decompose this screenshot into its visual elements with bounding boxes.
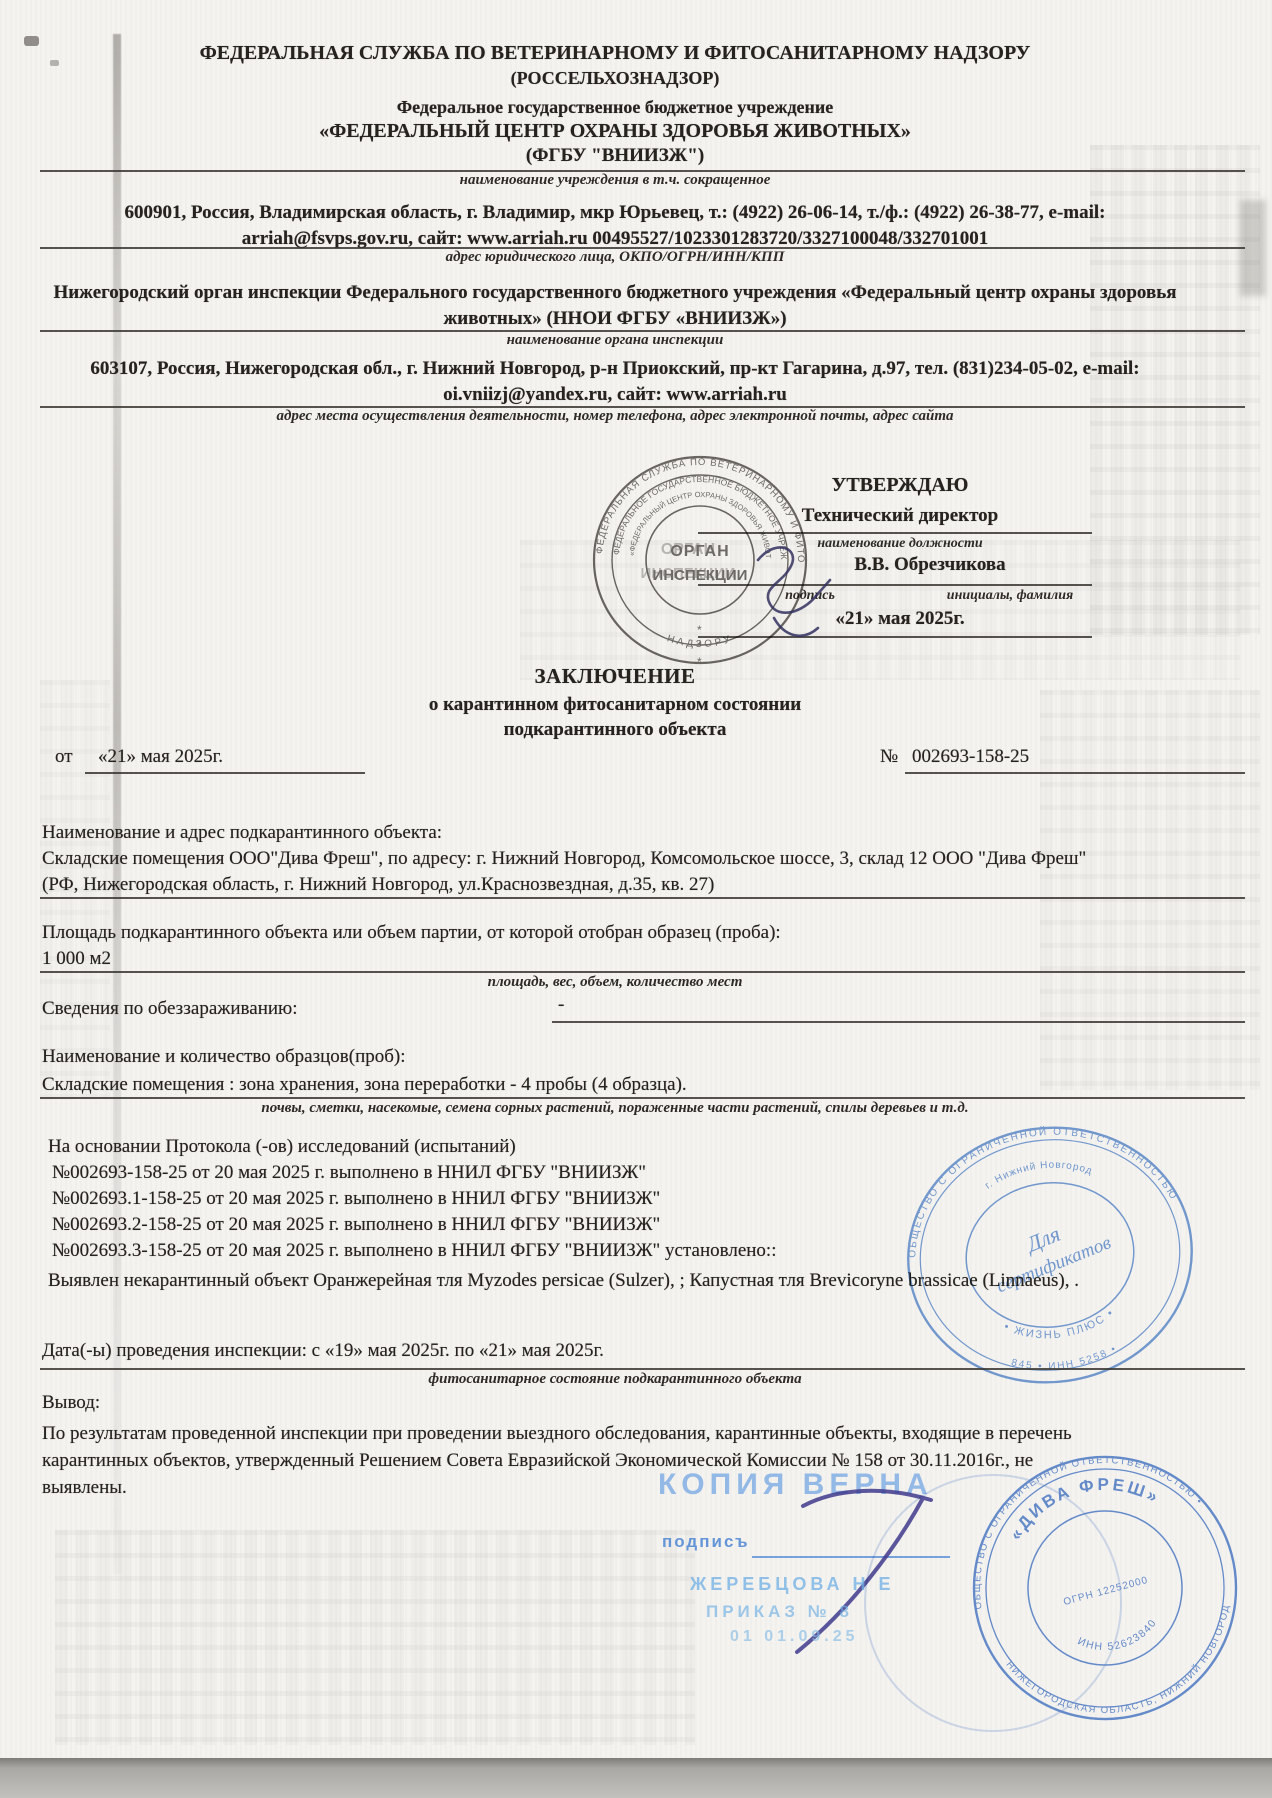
- rule-samples: [40, 1097, 1245, 1099]
- copy-order: ПРИКАЗ № 8: [706, 1602, 853, 1622]
- caption-institution: наименование учреждения в т.ч. сокращенн…: [40, 172, 1190, 189]
- caption-legal-address: адрес юридического лица, ОКПО/ОГРН/ИНН/К…: [40, 249, 1190, 266]
- caption-name: инициалы, фамилия: [920, 588, 1100, 604]
- scanned-document: ФЕДЕРАЛЬНАЯ СЛУЖБА ПО ВЕТЕРИНАРНОМУ И ФИ…: [0, 0, 1272, 1798]
- approver-signature: [740, 520, 880, 670]
- inspection-body: Нижегородский орган инспекции Федерально…: [40, 280, 1190, 332]
- activity-address: 603107, Россия, Нижегородская обл., г. Н…: [40, 356, 1190, 408]
- copy-signature-label: подписъ: [662, 1532, 750, 1552]
- header-service-short: (РОССЕЛЬХОЗНАДЗОР): [40, 68, 1190, 89]
- svg-text:ИНСПЕКЦИИ: ИНСПЕКЦИИ: [653, 567, 748, 584]
- scan-bottom-edge: [0, 1758, 1272, 1798]
- rule-disinfection: [552, 1021, 1245, 1023]
- legal-address: 600901, Россия, Владимирская область, г.…: [40, 200, 1190, 252]
- scan-noise: [55, 1530, 695, 1745]
- caption-inspection-body: наименование органа инспекции: [40, 332, 1190, 349]
- header-institution-name: «ФЕДЕРАЛЬНЫЙ ЦЕНТР ОХРАНЫ ЗДОРОВЬЯ ЖИВОТ…: [40, 120, 1190, 143]
- svg-text:НИЖЕГОРОДСКАЯ ОБЛАСТЬ, НИЖНИЙ: НИЖЕГОРОДСКАЯ ОБЛАСТЬ, НИЖНИЙ НОВГОРОД: [1002, 1601, 1252, 1743]
- doc-number: 002693-158-25: [912, 746, 1029, 768]
- disinfection-label: Сведения по обеззараживанию:: [42, 998, 298, 1020]
- protocol-line: №002693.3-158-25 от 20 мая 2025 г. выпол…: [52, 1240, 777, 1262]
- object-label: Наименование и адрес подкарантинного объ…: [42, 822, 442, 844]
- samples-label: Наименование и количество образцов(проб)…: [42, 1046, 406, 1068]
- area-label: Площадь подкарантинного объекта или объе…: [42, 922, 781, 944]
- conclusion-label: Вывод:: [42, 1392, 100, 1414]
- scan-speck: [24, 36, 39, 46]
- inspection-dates: Дата(-ы) проведения инспекции: с «19» ма…: [42, 1340, 604, 1362]
- doc-date: «21» мая 2025г.: [98, 746, 223, 768]
- header-institution-type: Федеральное государственное бюджетное уч…: [40, 97, 1190, 118]
- copy-certifier-name: ЖЕРЕБЦОВА Н Е: [690, 1574, 894, 1595]
- svg-text:ИНН 52623840: ИНН 52623840: [1073, 1615, 1163, 1662]
- certification-round-stamp: ОБЩЕСТВО С ОГРАНИЧЕННОЙ ОТВЕТСТВЕННОСТЬЮ…: [895, 1115, 1205, 1395]
- protocols-intro: На основании Протокола (-ов) исследовани…: [48, 1136, 516, 1158]
- caption-area: площадь, вес, объем, количество мест: [40, 974, 1190, 991]
- rule-doc-date: [85, 772, 365, 774]
- rule-area: [40, 971, 1245, 973]
- header-institution-short: (ФГБУ "ВНИИЗЖ"): [40, 145, 1190, 167]
- object-value: Складские помещения ООО"Дива Фреш", по а…: [42, 846, 1117, 898]
- doc-subtitle-2: подкарантинного объекта: [40, 719, 1190, 741]
- rule-doc-number: [905, 772, 1245, 774]
- samples-value: Складские помещения : зона хранения, зон…: [42, 1074, 687, 1096]
- rule-object: [40, 897, 1245, 899]
- svg-text:ОГРН 12252000: ОГРН 12252000: [1062, 1575, 1149, 1608]
- svg-text:*: *: [697, 623, 702, 637]
- caption-inspection: фитосанитарное состояние подкарантинного…: [40, 1371, 1190, 1388]
- doc-title: ЗАКЛЮЧЕНИЕ: [40, 664, 1190, 689]
- protocol-line: №002693.1-158-25 от 20 мая 2025 г. выпол…: [52, 1188, 660, 1210]
- doc-number-label: №: [880, 746, 898, 768]
- doc-date-label: от: [55, 746, 73, 768]
- svg-text:ОБЩЕСТВО С ОГРАНИЧЕННОЙ ОТВЕТС: ОБЩЕСТВО С ОГРАНИЧЕННОЙ ОТВЕТСТВЕННОСТЬЮ…: [942, 1428, 1217, 1612]
- rule-inspection: [40, 1368, 1245, 1370]
- diva-fresh-round-stamp: ОБЩЕСТВО С ОГРАНИЧЕННОЙ ОТВЕТСТВЕННОСТЬЮ…: [965, 1448, 1245, 1728]
- area-value: 1 000 м2: [42, 948, 111, 970]
- svg-text:*: *: [697, 639, 702, 653]
- protocol-line: №002693.2-158-25 от 20 мая 2025 г. выпол…: [52, 1214, 660, 1236]
- protocol-line: №002693-158-25 от 20 мая 2025 г. выполне…: [52, 1162, 646, 1184]
- copy-order-date: 01 01.09.25: [730, 1628, 859, 1646]
- svg-text:ОРГАН: ОРГАН: [670, 543, 729, 560]
- disinfection-value: -: [558, 994, 564, 1016]
- doc-subtitle-1: о карантинном фитосанитарном состоянии: [40, 694, 1190, 716]
- header-service: ФЕДЕРАЛЬНАЯ СЛУЖБА ПО ВЕТЕРИНАРНОМУ И ФИ…: [40, 42, 1190, 65]
